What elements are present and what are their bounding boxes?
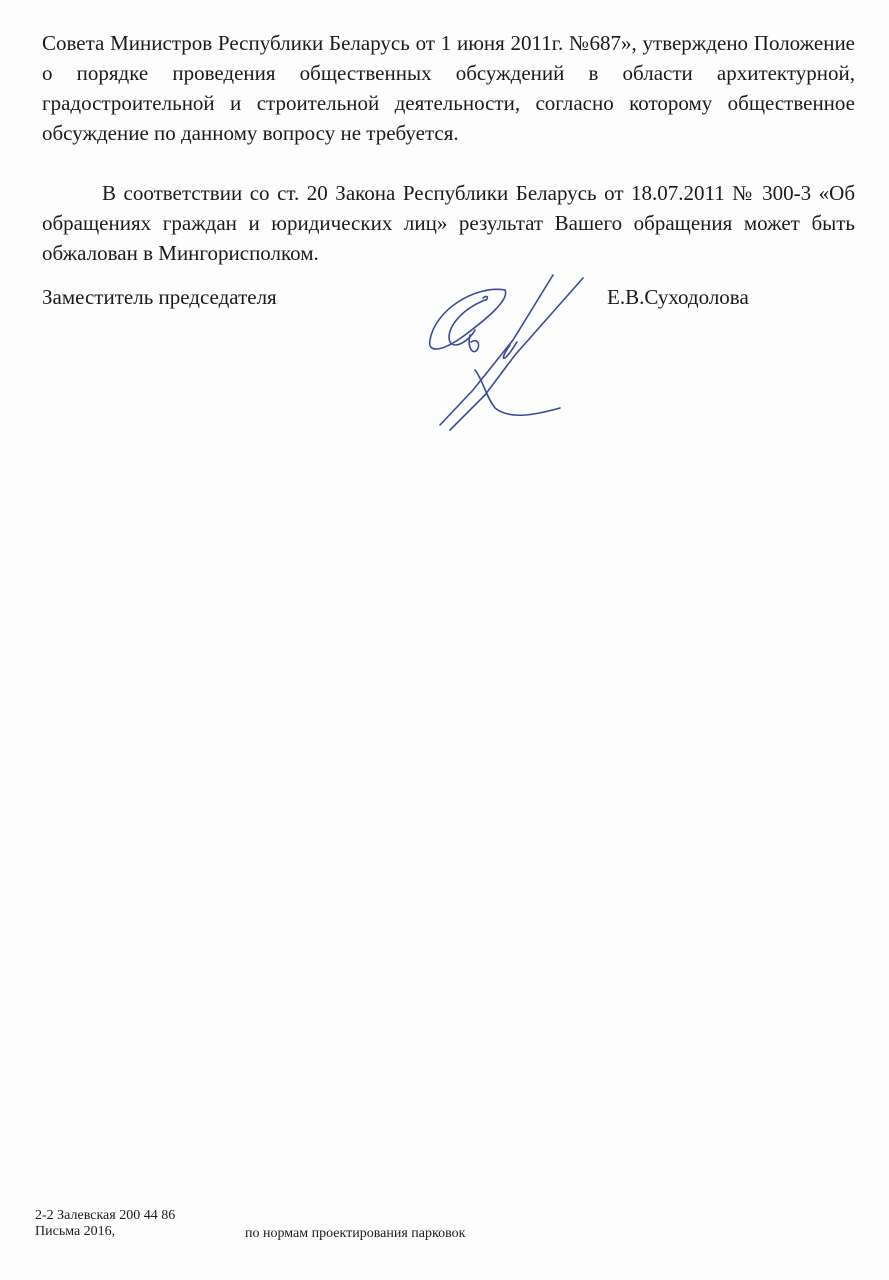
handwritten-signature-icon [405,270,605,440]
paragraph-appeal: В соответствии со ст. 20 Закона Республи… [42,178,855,268]
footer-info: 2-2 Залевская 200 44 86 Письма 2016, [35,1208,175,1240]
signatory-position: Заместитель председателя [42,282,277,312]
paragraph-regulation: Совета Министров Республики Беларусь от … [42,28,855,148]
footer-subject-note: по нормам проектирования парковок [245,1226,465,1242]
signatory-name: Е.В.Суходолова [607,282,749,312]
footer-letters: Письма 2016, [35,1224,175,1240]
footer-executor: 2-2 Залевская 200 44 86 [35,1208,175,1224]
document-page: Совета Министров Республики Беларусь от … [0,0,889,1280]
